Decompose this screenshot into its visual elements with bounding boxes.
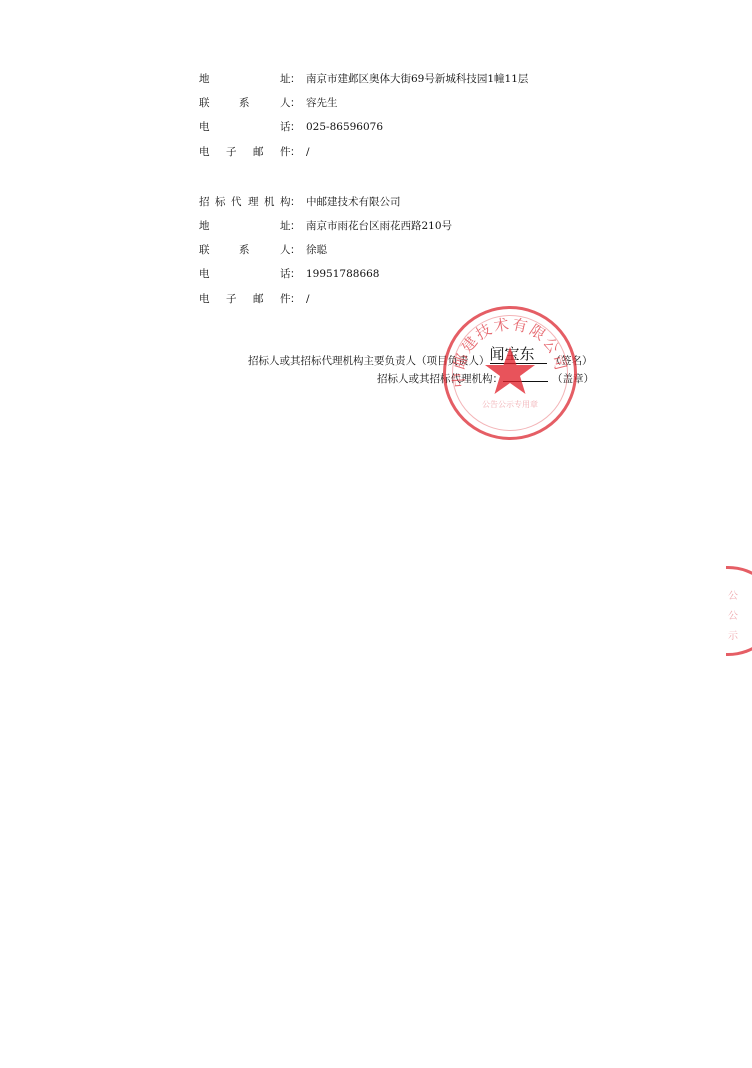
seal-label: 招标人或其招标代理机构： — [377, 373, 503, 385]
field-label: 招 标 代 理 机 构 — [199, 194, 299, 210]
signature-blank: 闻宝东 — [490, 351, 547, 364]
edge-seal: 公 公 示 — [726, 566, 752, 656]
label-char: 机 — [264, 194, 275, 210]
edge-seal-char: 公 — [728, 587, 738, 602]
label-char: 标 — [215, 194, 226, 210]
sign-suffix: （签名） — [551, 355, 593, 367]
field-label: 电 话 — [199, 119, 299, 135]
signature-line: 招标人或其招标代理机构主要负责人（项目负责人）闻宝东（签名） — [248, 351, 593, 367]
label-char: 电 — [199, 144, 210, 160]
signoff-label: 招标人或其招标代理机构主要负责人（项目负责人） — [248, 355, 490, 367]
label-char: 招 — [199, 194, 210, 210]
colon: ： — [290, 266, 301, 282]
label-char: 联 — [199, 95, 210, 111]
label-char: 址 — [280, 71, 291, 87]
label-char: 电 — [199, 291, 210, 307]
label-char: 子 — [226, 291, 237, 307]
label-char: 联 — [199, 242, 210, 258]
label-char: 址 — [280, 218, 291, 234]
label-char: 电 — [199, 119, 210, 135]
edge-seal-char: 示 — [728, 627, 738, 642]
field-label: 联 系 人 — [199, 242, 299, 258]
agency-contact-value: 徐聪 — [306, 242, 327, 258]
label-char: 件 — [280, 144, 291, 160]
label-char: 话 — [280, 119, 291, 135]
label-char: 构 — [280, 194, 291, 210]
agency-name-value: 中邮建技术有限公司 — [306, 194, 401, 210]
label-char: 邮 — [253, 291, 264, 307]
colon: ： — [290, 242, 301, 258]
label-char: 子 — [226, 144, 237, 160]
tenderer-phone-value: 025-86596076 — [306, 119, 383, 135]
tenderer-address-value: 南京市建邺区奥体大街69号新城科技园1幢11层 — [306, 71, 528, 87]
field-label: 地 址 — [199, 71, 299, 87]
label-char: 电 — [199, 266, 210, 282]
edge-seal-char: 公 — [728, 607, 738, 622]
tenderer-email-value: / — [306, 144, 310, 160]
colon: ： — [290, 119, 301, 135]
label-char: 人 — [280, 242, 291, 258]
colon: ： — [290, 194, 301, 210]
label-char: 地 — [199, 218, 210, 234]
colon: ： — [290, 71, 301, 87]
colon: ： — [290, 95, 301, 111]
tenderer-contact-value: 容先生 — [306, 95, 338, 111]
field-label: 地 址 — [199, 218, 299, 234]
agency-phone-value: 19951788668 — [306, 266, 380, 282]
label-char: 人 — [280, 95, 291, 111]
seal-bottom-text: 公告公示专用章 — [482, 399, 538, 409]
field-label: 电 子 邮 件 — [199, 144, 299, 160]
label-char: 代 — [231, 194, 242, 210]
seal-blank — [503, 369, 548, 382]
label-char: 理 — [248, 194, 259, 210]
colon: ： — [290, 291, 301, 307]
agency-address-value: 南京市雨花台区雨花西路210号 — [306, 218, 452, 234]
seal-suffix: （盖章） — [552, 373, 594, 385]
label-char: 系 — [239, 95, 250, 111]
label-char: 地 — [199, 71, 210, 87]
colon: ： — [290, 218, 301, 234]
label-char: 邮 — [253, 144, 264, 160]
field-label: 联 系 人 — [199, 95, 299, 111]
handwritten-signature: 闻宝东 — [490, 346, 535, 362]
label-char: 件 — [280, 291, 291, 307]
field-label: 电 话 — [199, 266, 299, 282]
label-char: 系 — [239, 242, 250, 258]
agency-email-value: / — [306, 291, 310, 307]
field-label: 电 子 邮 件 — [199, 291, 299, 307]
seal-line: 招标人或其招标代理机构：（盖章） — [377, 369, 594, 385]
label-char: 话 — [280, 266, 291, 282]
colon: ： — [290, 144, 301, 160]
